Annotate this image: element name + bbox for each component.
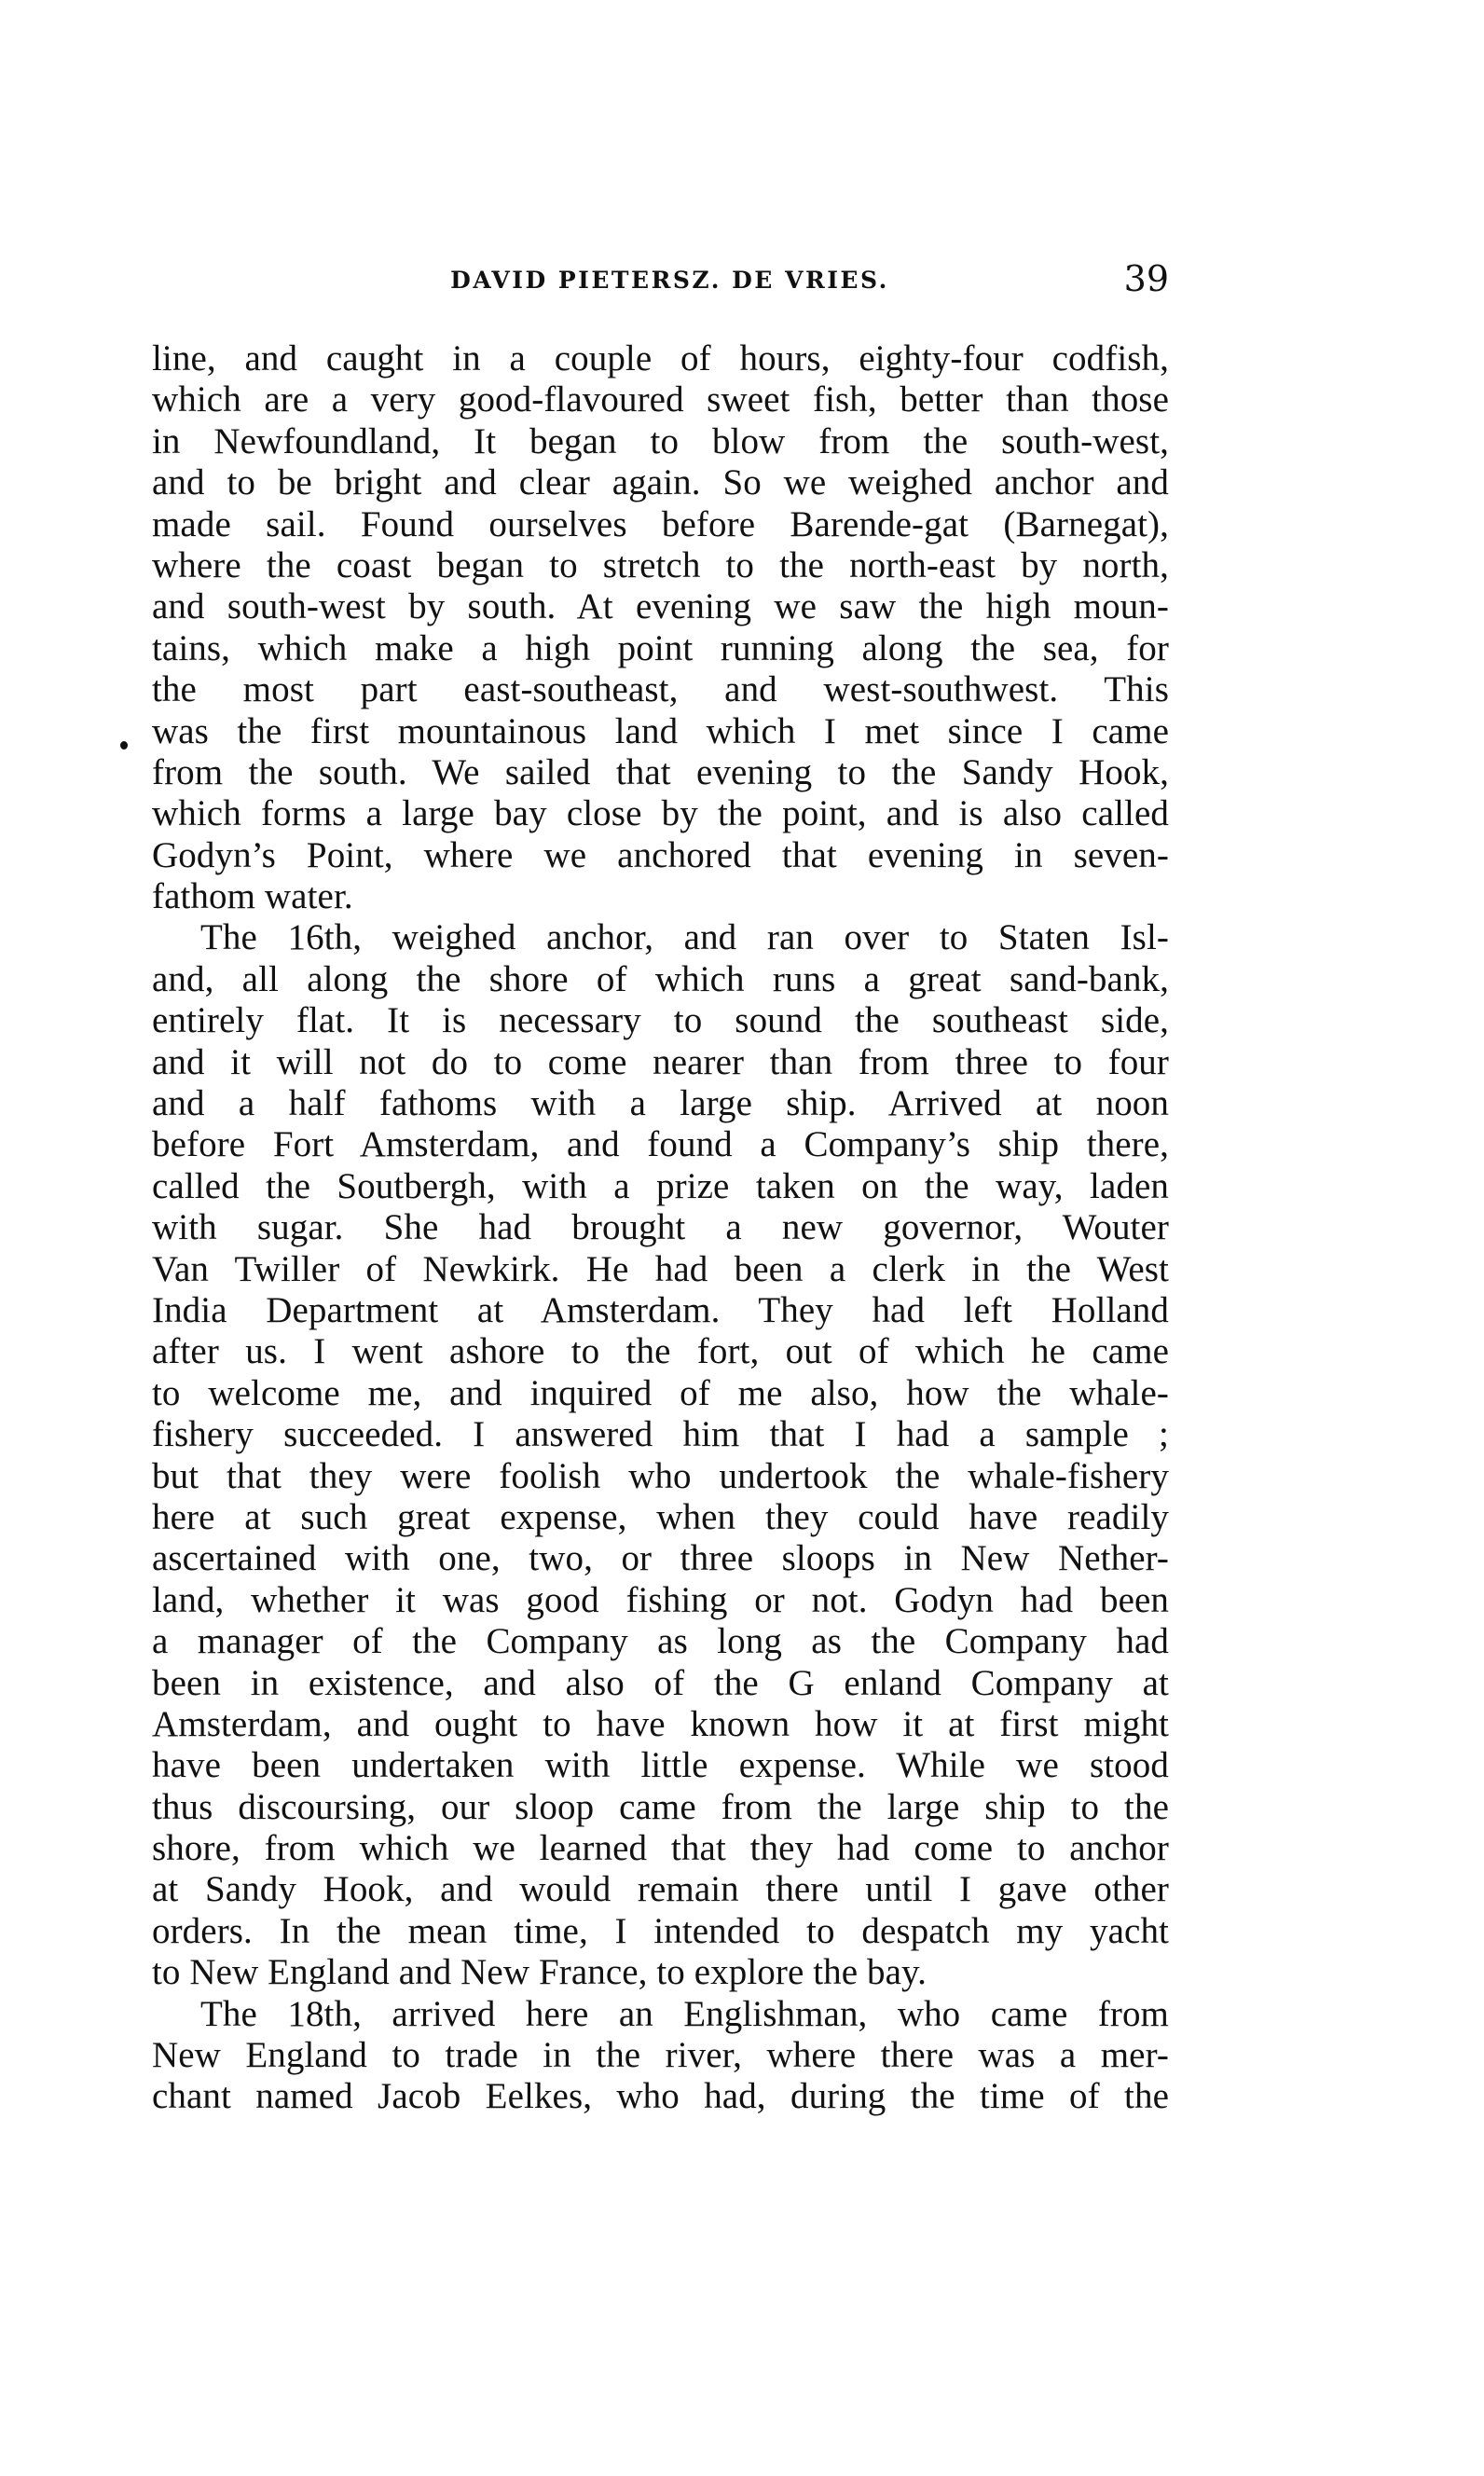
- text-line: land, whether it was good fishing or not…: [152, 1580, 1169, 1621]
- body-text: line, and caught in a couple of hours, e…: [152, 338, 1169, 2118]
- text-line: with sugar. She had brought a new govern…: [152, 1207, 1169, 1248]
- text-line: been in existence, and also of the G enl…: [152, 1663, 1169, 1704]
- text-line: India Department at Amsterdam. They had …: [152, 1290, 1169, 1331]
- text-line: fishery succeeded. I answered him that I…: [152, 1414, 1169, 1455]
- text-line: fathom water.: [152, 876, 1169, 917]
- text-line: which forms a large bay close by the poi…: [152, 793, 1169, 834]
- text-line: called the Soutbergh, with a prize taken…: [152, 1166, 1169, 1207]
- page-number: 39: [1124, 258, 1169, 299]
- text-line: Godyn’s Point, where we anchored that ev…: [152, 835, 1169, 876]
- text-line: but that they were foolish who undertook…: [152, 1456, 1169, 1497]
- text-line: tains, which make a high point running a…: [152, 628, 1169, 669]
- text-line: a manager of the Company as long as the …: [152, 1621, 1169, 1662]
- text-line: the most part east-southeast, and west-s…: [152, 669, 1169, 710]
- text-line: made sail. Found ourselves before Barend…: [152, 504, 1169, 545]
- text-line: before Fort Amsterdam, and found a Compa…: [152, 1124, 1169, 1165]
- text-line: line, and caught in a couple of hours, e…: [152, 338, 1169, 379]
- text-line: ascertained with one, two, or three sloo…: [152, 1538, 1169, 1579]
- text-line: and, all along the shore of which runs a…: [152, 959, 1169, 1000]
- text-line: to New England and New France, to explor…: [152, 1952, 1169, 1993]
- text-line: chant named Jacob Eelkes, who had, durin…: [152, 2076, 1169, 2117]
- text-line: where the coast began to stretch to the …: [152, 545, 1169, 586]
- text-line: The 16th, weighed anchor, and ran over t…: [152, 917, 1169, 958]
- text-line: in Newfoundland, It began to blow from t…: [152, 421, 1169, 462]
- text-line: here at such great expense, when they co…: [152, 1497, 1169, 1538]
- text-line: to welcome me, and inquired of me also, …: [152, 1373, 1169, 1414]
- running-title: DAVID PIETERSZ. DE VRIES.: [152, 262, 1169, 299]
- text-line: and to be bright and clear again. So we …: [152, 462, 1169, 503]
- paragraph: line, and caught in a couple of hours, e…: [152, 338, 1169, 917]
- text-line: thus discoursing, our sloop came from th…: [152, 1787, 1169, 1828]
- ink-speck-mark: [120, 741, 128, 750]
- paragraph: The 18th, arrived here an Englishman, wh…: [152, 1994, 1169, 2118]
- text-line: New England to trade in the river, where…: [152, 2035, 1169, 2076]
- text-line: The 18th, arrived here an Englishman, wh…: [152, 1994, 1169, 2035]
- text-line: and a half fathoms with a large ship. Ar…: [152, 1083, 1169, 1124]
- paragraph: The 16th, weighed anchor, and ran over t…: [152, 917, 1169, 1993]
- text-line: at Sandy Hook, and would remain there un…: [152, 1869, 1169, 1910]
- text-line: shore, from which we learned that they h…: [152, 1828, 1169, 1869]
- text-line: orders. In the mean time, I intended to …: [152, 1911, 1169, 1952]
- text-line: was the first mountainous land which I m…: [152, 711, 1169, 752]
- running-head: DAVID PIETERSZ. DE VRIES. 39: [152, 262, 1169, 299]
- text-line: Van Twiller of Newkirk. He had been a cl…: [152, 1249, 1169, 1290]
- text-line: and south-west by south. At evening we s…: [152, 586, 1169, 627]
- text-line: have been undertaken with little expense…: [152, 1745, 1169, 1786]
- text-line: which are a very good-flavoured sweet fi…: [152, 379, 1169, 420]
- text-line: Amsterdam, and ought to have known how i…: [152, 1704, 1169, 1745]
- text-line: entirely flat. It is necessary to sound …: [152, 1000, 1169, 1041]
- text-line: and it will not do to come nearer than f…: [152, 1042, 1169, 1083]
- text-line: from the south. We sailed that evening t…: [152, 752, 1169, 793]
- book-page: DAVID PIETERSZ. DE VRIES. 39 line, and c…: [0, 0, 1484, 2476]
- text-line: after us. I went ashore to the fort, out…: [152, 1331, 1169, 1372]
